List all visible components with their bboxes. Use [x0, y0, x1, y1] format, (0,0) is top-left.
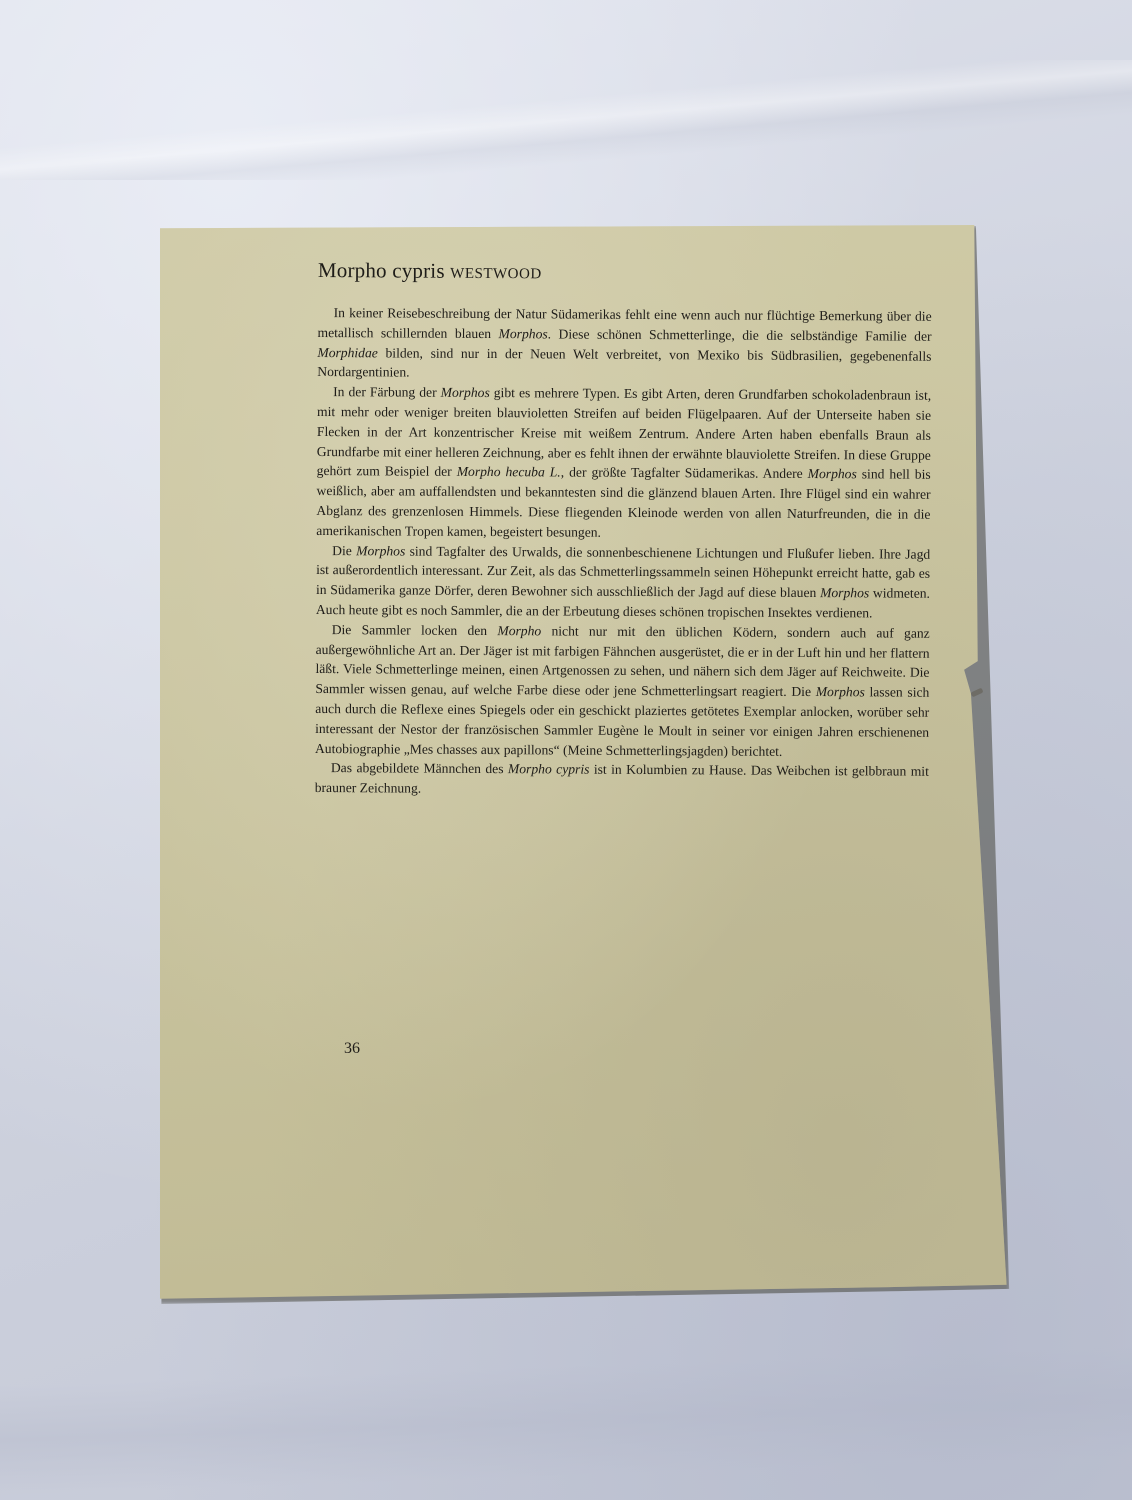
- italic-term: Morphos: [356, 543, 405, 558]
- italic-term: Morphidae: [317, 345, 378, 360]
- italic-term: Morpho hecuba L.: [457, 464, 561, 480]
- species-name: Morpho cypris: [318, 258, 445, 283]
- paragraph: Das abgebildete Männchen des Morpho cypr…: [315, 758, 929, 801]
- page-title: Morpho cypris WESTWOOD: [318, 258, 932, 287]
- cloth-fold-shadow: [0, 1320, 1132, 1500]
- paragraph: Die Morphos sind Tagfalter des Urwalds, …: [316, 541, 930, 624]
- text-run: In der Färbung der: [333, 384, 441, 400]
- italic-term: Morpho cypris: [508, 761, 590, 776]
- body-text: In keiner Reisebeschreibung der Natur Sü…: [315, 303, 932, 802]
- text-run: , der größte Tagfalter Südamerikas. Ande…: [561, 465, 808, 482]
- paragraph: Die Sammler locken den Morpho nicht nur …: [315, 620, 930, 762]
- species-author: WESTWOOD: [450, 266, 542, 283]
- text-run: Die: [332, 543, 356, 558]
- italic-term: Morphos: [816, 684, 865, 699]
- paragraph: In keiner Reisebeschreibung der Natur Sü…: [317, 303, 931, 386]
- italic-term: Morphos: [820, 585, 869, 600]
- text-run: Das abgebildete Männchen des: [331, 760, 508, 776]
- italic-term: Morphos: [441, 385, 490, 400]
- page-content: Morpho cypris WESTWOOD In keiner Reisebe…: [315, 258, 932, 802]
- text-run: bilden, sind nur in der Neuen Welt verbr…: [317, 345, 931, 380]
- text-run: . Diese schönen Schmetterlinge, die die …: [548, 326, 932, 343]
- italic-term: Morphos: [499, 326, 548, 341]
- text-run: Die Sammler locken den: [332, 622, 498, 638]
- italic-term: Morphos: [808, 466, 857, 481]
- paragraph: In der Färbung der Morphos gibt es mehre…: [316, 382, 931, 544]
- page-number: 36: [344, 1040, 360, 1058]
- cloth-fold-highlight: [0, 60, 1132, 180]
- italic-term: Morpho: [497, 623, 541, 638]
